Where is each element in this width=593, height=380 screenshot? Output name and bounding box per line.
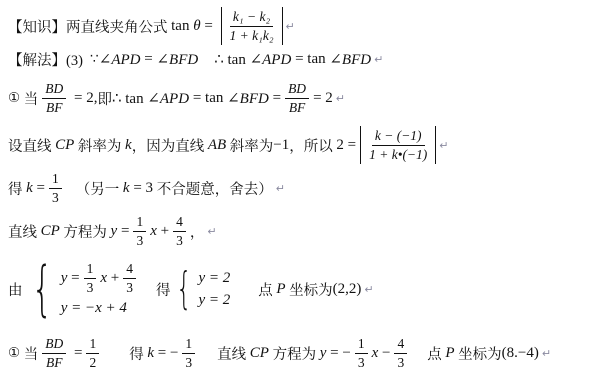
get-text: 得 [129,343,147,364]
line-slope-setup: 设直线 CP 斜率为 k ，因为直线 AB 斜率为 −1 ，所以 2 = k −… [8,121,449,169]
paragraph-mark: ↵ [439,139,448,152]
because-symbol: ∵ [90,51,99,67]
equation-is-text: 方程为 [269,343,320,364]
point-text: 点 [427,343,445,364]
line-k-value: 得 k = 1 3 （另一 k = 3 不合题意，舍去） ↵ [8,169,285,207]
one-half-fraction: 1 2 [86,336,99,370]
bd-bf-fraction: BD BF [42,81,66,115]
equals-two: = 2, [70,90,97,107]
line-knowledge: 【知识】两直线夹角公式 tan θ = k₁ − k₂ 1 + k₁k₂ ↵ [8,6,295,46]
fraction-numerator: BD [42,336,66,354]
fraction-numerator: 1 [86,336,99,354]
equals-two: = 2 [313,90,333,107]
left-brace: { [177,269,192,309]
fraction-denominator: 3 [52,189,59,206]
point-coordinates: (8.−4) [502,345,539,362]
equation-system-1: y = 1 3 x + 4 3 y = −x + 4 [61,261,140,317]
four-thirds-fraction: 4 3 [123,261,136,295]
equals-sign: = [67,270,79,287]
angle-bfd: ∠BFD [156,50,198,69]
fraction-numerator: 1 [133,214,146,232]
therefore-text: ，所以 [289,135,336,156]
line-text: 直线 [8,221,41,242]
coordinates-text: 坐标为 [286,279,333,300]
four-thirds-fraction: 4 3 [394,336,407,370]
fraction-numerator: k₁ − k₂ [230,9,273,27]
var-k: k [125,137,132,154]
var-k: k [123,180,130,197]
paragraph-mark: ↵ [542,347,551,360]
equals-sign: = [201,18,217,35]
line-ab: AB [208,137,226,154]
fraction-numerator: 4 [123,261,136,279]
var-y: y [320,345,327,362]
comma: ， [190,221,205,242]
point-p: P [276,281,285,298]
line-case2: ① 当 BD BF = 1 2 得 k = − 1 3 直线 CP 方程为 y … [8,330,551,376]
fraction-numerator: 1 [182,336,195,354]
minus-sign: − [378,345,390,362]
abs-value-fraction: k − (−1) 1 + k•(−1) [360,126,436,164]
equals-tan: = tan [291,51,329,68]
equals-three: = 3 [130,180,157,197]
bd-bf-fraction: BD BF [285,81,309,115]
fraction-denominator: 3 [87,279,94,296]
fraction-denominator: 3 [126,279,133,296]
that-is-text: 即 [97,88,112,109]
one-third-fraction: 1 3 [84,261,97,295]
fraction-denominator: BF [46,354,63,371]
two-equals: 2 = [336,137,356,154]
line-text: 直线 [217,343,250,364]
equals-tan: = tan [189,90,227,107]
from-text: 由 [8,279,23,300]
bd-bf-fraction: BD BF [42,336,66,370]
plus-sign: + [107,270,119,287]
slope-is-text: 斜率为 [226,135,273,156]
line-case1: ① 当 BD BF = 2, 即 ∴ tan ∠APD = tan ∠BFD =… [8,77,345,119]
fraction-numerator: k − (−1) [372,128,425,146]
fraction-numerator: 1 [355,336,368,354]
var-x: x [150,223,157,240]
var-y: y [111,223,118,240]
fraction-denominator: 1 + k₁k₂ [230,27,274,44]
fraction-numerator: BD [285,81,309,99]
when-text: 当 [20,343,38,364]
var-k: k [147,345,154,362]
fraction-denominator: BF [289,99,306,116]
paragraph-mark: ↵ [276,182,285,195]
document-page: 【知识】两直线夹角公式 tan θ = k₁ − k₂ 1 + k₁k₂ ↵ 【… [0,0,593,380]
get-text: 得 [156,279,171,300]
paragraph-mark: ↵ [374,53,383,66]
line-cp: CP [55,137,74,154]
abs-value-fraction: k₁ − k₂ 1 + k₁k₂ [221,7,283,45]
line-cp: CP [250,345,269,362]
four-thirds-fraction: 4 3 [173,214,186,248]
fraction-numerator: 1 [49,171,62,189]
fraction-denominator: 3 [185,354,192,371]
var-y: y [61,270,68,287]
point-coordinates: (2,2) [333,281,362,298]
equals-sign: = [33,180,45,197]
theta-symbol: θ [193,18,200,35]
get-text: 得 [8,178,26,199]
equals-sign: = [269,90,281,107]
system1-row1: y = 1 3 x + 4 3 [61,261,140,295]
tan-text: tan [171,18,193,35]
because-line-text: ，因为直线 [132,135,208,156]
when-text: 当 [20,88,38,109]
line-cp-equation: 直线 CP 方程为 y = 1 3 x + 4 3 ， ↵ [8,211,217,251]
therefore-tan: ∴ tan [112,89,147,108]
paragraph-mark: ↵ [286,20,295,33]
equation-system-2: y = 2 y = 2 [198,270,230,309]
equals-sign: = [117,223,129,240]
coordinates-text: 坐标为 [455,343,502,364]
left-brace: { [31,262,52,316]
system2-row2: y = 2 [198,292,230,309]
slope-fraction: k − (−1) 1 + k•(−1) [369,128,427,162]
line-system: 由 { y = 1 3 x + 4 3 y = −x + 4 得 { y [8,254,374,324]
fraction-numerator: 4 [173,214,186,232]
solution-label: 【解法】(3) [8,49,90,70]
var-k: k [26,180,33,197]
angle-apd: ∠APD [250,50,292,69]
rejected-text: 不合题意，舍去） [157,178,273,199]
angle-apd: ∠APD [147,89,189,108]
minus-one: −1 [273,137,289,154]
paragraph-mark: ↵ [336,92,345,105]
other-root-text: （另一 [76,178,123,199]
fraction-denominator: 3 [397,354,404,371]
angle-bfd: ∠BFD [227,89,269,108]
equation-is-text: 方程为 [60,221,111,242]
equals-minus: = − [154,345,178,362]
line-cp: CP [41,223,60,240]
fraction-denominator: 3 [176,232,183,249]
one-third-fraction: 1 3 [49,171,62,205]
equals-minus: = − [326,345,350,362]
paragraph-mark: ↵ [364,283,373,296]
fraction-denominator: 3 [136,232,143,249]
var-x: x [372,345,379,362]
system1-row2: y = −x + 4 [61,300,127,317]
fraction-denominator: BF [46,99,63,116]
fraction-numerator: 1 [84,261,97,279]
system2-row1: y = 2 [198,270,230,287]
point-text: 点 [258,279,276,300]
plus-sign: + [157,223,169,240]
fraction-denominator: 1 + k•(−1) [369,146,427,163]
slope-is-text: 斜率为 [74,135,125,156]
angle-apd: ∠APD [99,50,141,69]
paragraph-mark: ↵ [207,225,216,238]
fraction-denominator: 3 [358,354,365,371]
fraction-denominator: 2 [89,354,96,371]
fraction-numerator: BD [42,81,66,99]
line-solution-heading: 【解法】(3) ∵ ∠APD = ∠BFD ∴ tan ∠APD = tan ∠… [8,49,383,69]
var-x: x [100,270,107,287]
equals-sign: = [70,345,82,362]
fraction-numerator: 4 [394,336,407,354]
angle-formula-fraction: k₁ − k₂ 1 + k₁k₂ [230,9,274,43]
therefore-tan: ∴ tan [214,50,249,69]
circled-one: ① [8,345,20,361]
equals-sign: = [141,51,157,68]
point-p: P [445,345,454,362]
angle-bfd: ∠BFD [329,50,371,69]
circled-one: ① [8,90,20,106]
one-third-fraction: 1 3 [133,214,146,248]
let-line-text: 设直线 [8,135,55,156]
knowledge-label: 【知识】两直线夹角公式 [8,16,171,37]
one-third-fraction: 1 3 [355,336,368,370]
one-third-fraction: 1 3 [182,336,195,370]
